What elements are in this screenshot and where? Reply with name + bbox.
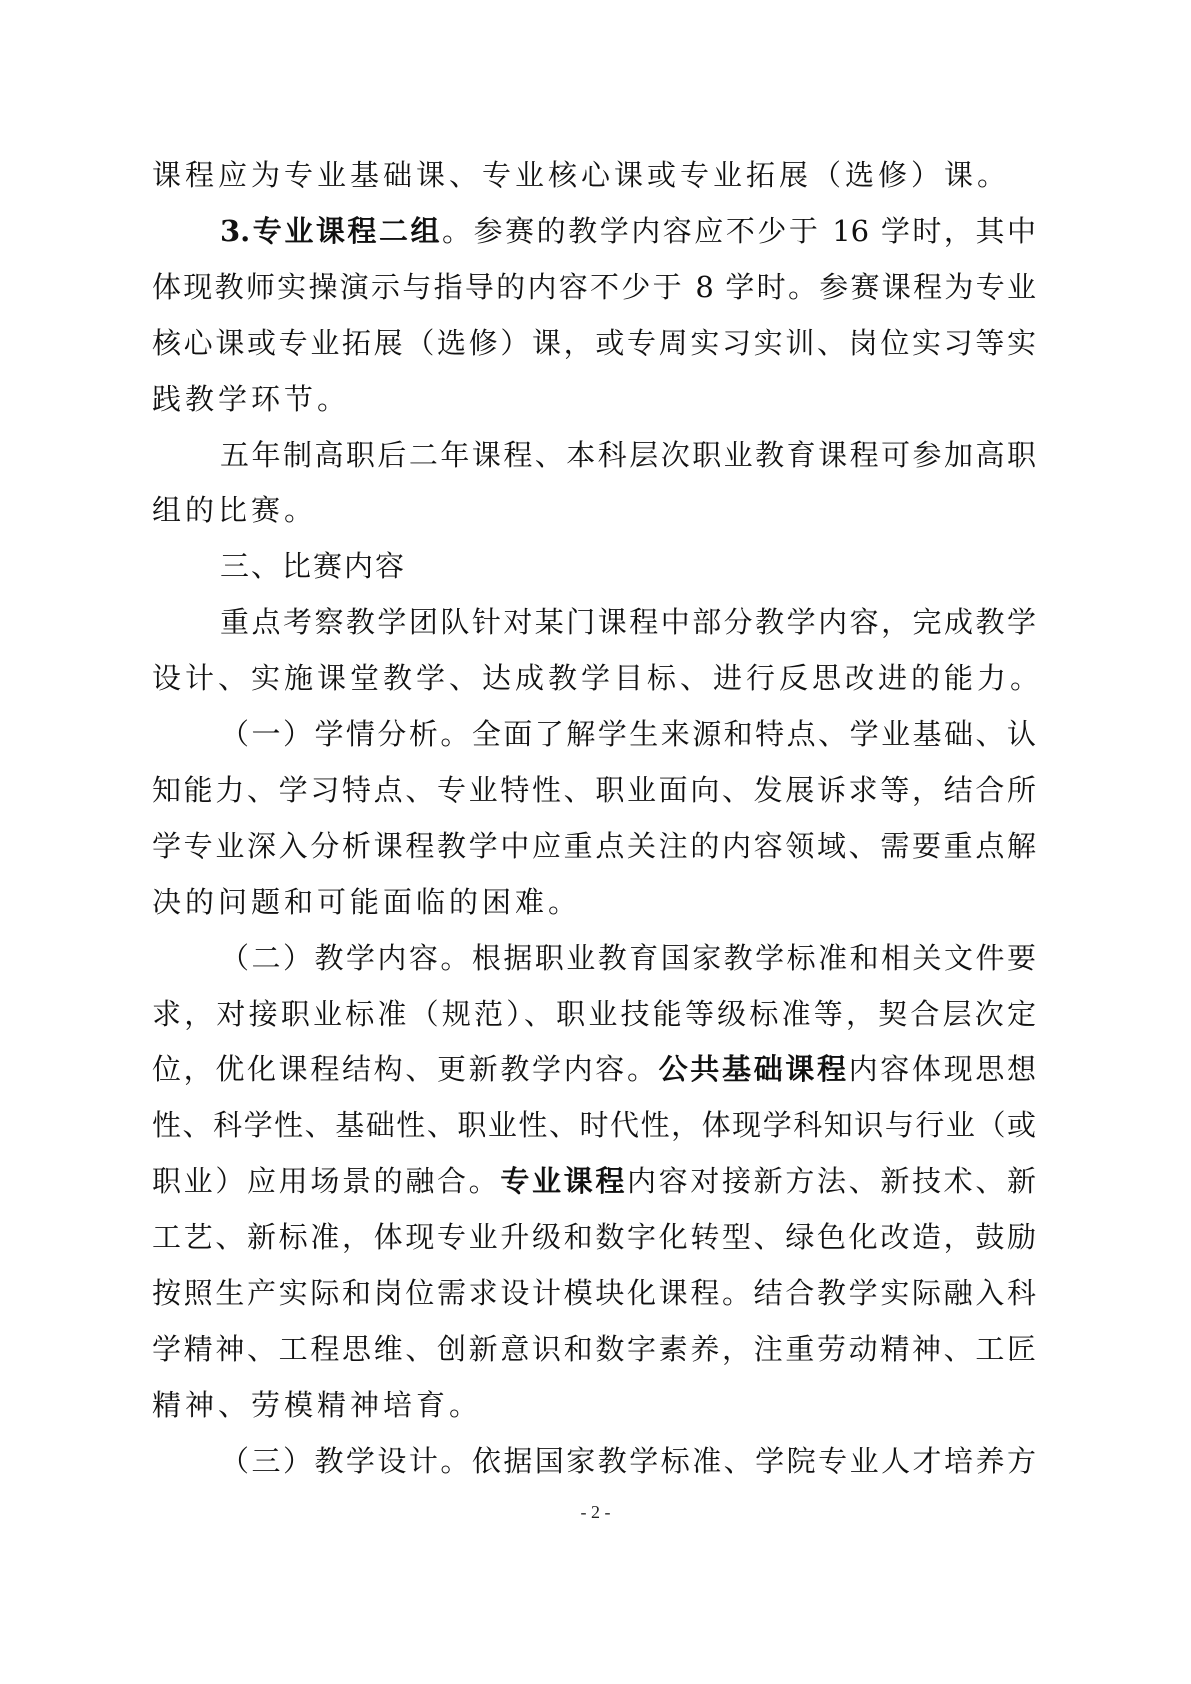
text-line: 学专业深入分析课程教学中应重点关注的内容领域、需要重点解 <box>152 826 1036 866</box>
text-segment: 工艺、新标准，体现专业升级和数字化转型、绿色化改造，鼓励 <box>152 1220 1036 1254</box>
text-line: 求，对接职业标准（规范）、职业技能等级标准等，契合层次定 <box>152 994 1036 1034</box>
text-line: 决的问题和可能面临的困难。 <box>152 882 1036 922</box>
bold-term: 专业课程 <box>500 1164 627 1198</box>
text-segment: 求，对接职业标准（规范）、职业技能等级标准等，契合层次定 <box>152 997 1036 1031</box>
text-segment: （一）学情分析。全面了解学生来源和特点、学业基础、认 <box>220 717 1036 751</box>
text-line: 工艺、新标准，体现专业升级和数字化转型、绿色化改造，鼓励 <box>152 1217 1036 1257</box>
text-segment: 内容对接新方法、新技术、新 <box>627 1164 1036 1198</box>
text-segment: 内容体现思想 <box>849 1052 1036 1086</box>
bold-term: 3.专业课程二组 <box>220 214 442 248</box>
text-line: 组的比赛。 <box>152 490 1036 530</box>
text-segment: 课程应为专业基础课、专业核心课或专业拓展（选修）课。 <box>152 158 1010 192</box>
text-line: 性、科学性、基础性、职业性、时代性，体现学科知识与行业（或 <box>152 1105 1036 1145</box>
page-number: - 2 - <box>0 1502 1191 1523</box>
text-segment: 核心课或专业拓展（选修）课，或专周实习实训、岗位实习等实 <box>152 326 1036 360</box>
text-segment: 组的比赛。 <box>152 493 317 527</box>
text-segment: （二）教学内容。根据职业教育国家教学标准和相关文件要 <box>220 941 1036 975</box>
text-line: 位，优化课程结构、更新教学内容。公共基础课程内容体现思想 <box>152 1049 1036 1089</box>
text-segment: 设计、实施课堂教学、达成教学目标、进行反思改进的能力。 <box>152 661 1043 695</box>
text-line: 三、比赛内容 <box>220 546 1036 586</box>
text-segment: 职业）应用场景的融合。 <box>152 1164 500 1198</box>
document-page: 课程应为专业基础课、专业核心课或专业拓展（选修）课。3.专业课程二组。参赛的教学… <box>0 0 1191 1684</box>
text-line: （三）教学设计。依据国家教学标准、学院专业人才培养方 <box>220 1441 1036 1481</box>
section-heading: 三、比赛内容 <box>220 549 406 583</box>
text-segment: 践教学环节。 <box>152 382 350 416</box>
text-line: 核心课或专业拓展（选修）课，或专周实习实训、岗位实习等实 <box>152 323 1036 363</box>
text-line: 精神、劳模精神培育。 <box>152 1385 1036 1425</box>
text-line: 按照生产实际和岗位需求设计模块化课程。结合教学实际融入科 <box>152 1273 1036 1313</box>
text-segment: 精神、劳模精神培育。 <box>152 1388 482 1422</box>
text-segment: 性、科学性、基础性、职业性、时代性，体现学科知识与行业（或 <box>152 1108 1036 1142</box>
text-segment: 学专业深入分析课程教学中应重点关注的内容领域、需要重点解 <box>152 829 1036 863</box>
text-line: 3.专业课程二组。参赛的教学内容应不少于 16 学时，其中 <box>220 211 1036 251</box>
text-segment: 决的问题和可能面临的困难。 <box>152 885 581 919</box>
text-segment: 五年制高职后二年课程、本科层次职业教育课程可参加高职 <box>220 438 1036 472</box>
text-segment: 学精神、工程思维、创新意识和数字素养，注重劳动精神、工匠 <box>152 1332 1036 1366</box>
text-segment: 位，优化课程结构、更新教学内容。 <box>152 1052 659 1086</box>
text-line: 设计、实施课堂教学、达成教学目标、进行反思改进的能力。 <box>152 658 1036 698</box>
text-segment: 按照生产实际和岗位需求设计模块化课程。结合教学实际融入科 <box>152 1276 1036 1310</box>
text-line: 重点考察教学团队针对某门课程中部分教学内容，完成教学 <box>220 602 1036 642</box>
text-line: （二）教学内容。根据职业教育国家教学标准和相关文件要 <box>220 938 1036 978</box>
text-line: 践教学环节。 <box>152 379 1036 419</box>
text-segment: 。参赛的教学内容应不少于 16 学时，其中 <box>442 214 1036 248</box>
text-line: 五年制高职后二年课程、本科层次职业教育课程可参加高职 <box>220 435 1036 475</box>
text-segment: 知能力、学习特点、专业特性、职业面向、发展诉求等，结合所 <box>152 773 1036 807</box>
text-line: 学精神、工程思维、创新意识和数字素养，注重劳动精神、工匠 <box>152 1329 1036 1369</box>
text-line: 知能力、学习特点、专业特性、职业面向、发展诉求等，结合所 <box>152 770 1036 810</box>
text-segment: 体现教师实操演示与指导的内容不少于 8 学时。参赛课程为专业 <box>152 270 1036 304</box>
text-segment: 重点考察教学团队针对某门课程中部分教学内容，完成教学 <box>220 605 1036 639</box>
text-line: 课程应为专业基础课、专业核心课或专业拓展（选修）课。 <box>152 155 1036 195</box>
text-line: （一）学情分析。全面了解学生来源和特点、学业基础、认 <box>220 714 1036 754</box>
bold-term: 公共基础课程 <box>659 1052 849 1086</box>
text-segment: （三）教学设计。依据国家教学标准、学院专业人才培养方 <box>220 1444 1036 1478</box>
text-line: 体现教师实操演示与指导的内容不少于 8 学时。参赛课程为专业 <box>152 267 1036 307</box>
text-line: 职业）应用场景的融合。专业课程内容对接新方法、新技术、新 <box>152 1161 1036 1201</box>
